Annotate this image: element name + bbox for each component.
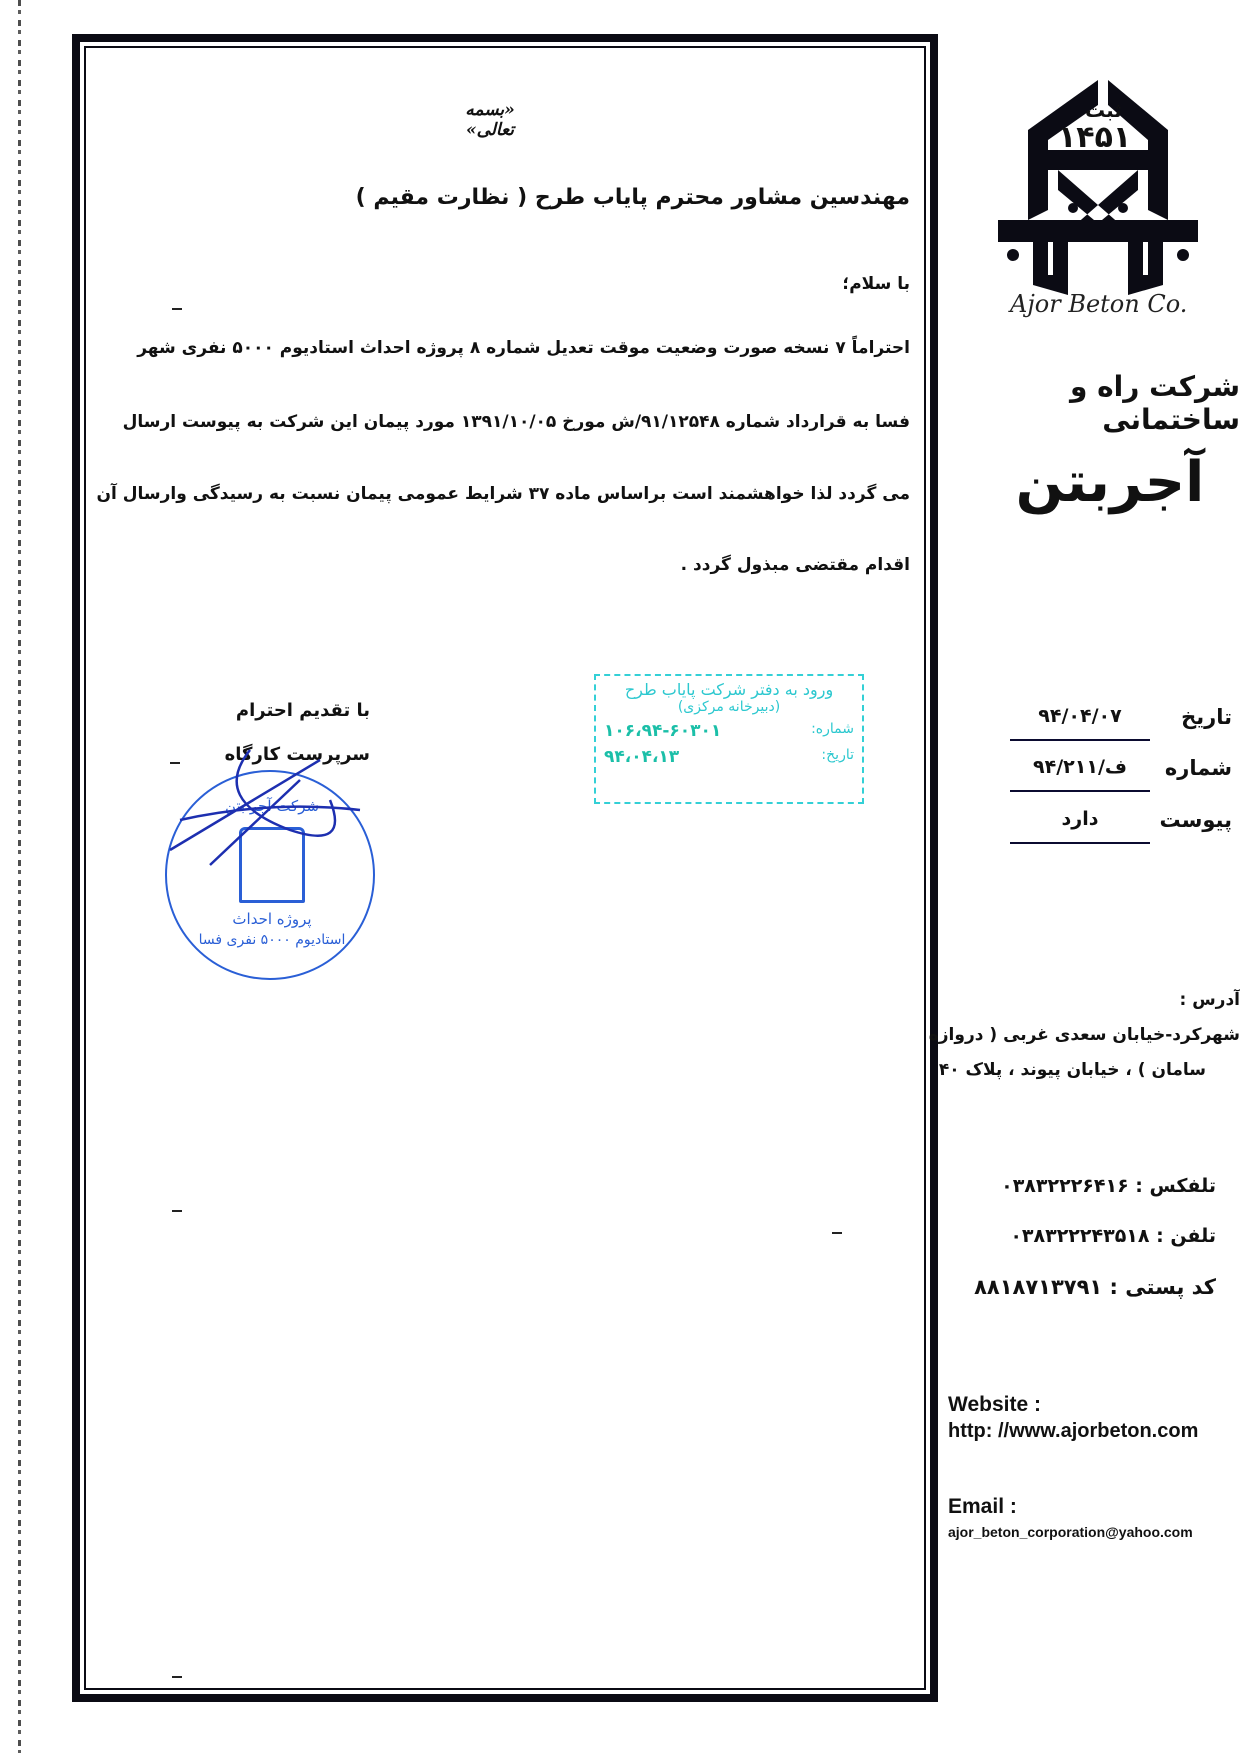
scan-speck [832,1232,842,1234]
body-line-2: فسا به قرارداد شماره ۹۱/۱۲۵۴۸/ش مورخ ۱۳۹… [110,412,910,432]
address-line-1: شهرکرد-خیابان سعدی غربی ( دروازه [929,1025,1240,1045]
website-link[interactable]: http: //www.ajorbeton.com [948,1420,1198,1443]
body-line-4: اقدام مقتضی مبذول گردد . [110,555,910,575]
seal-project-line-2: استادیوم ۵۰۰۰ نفری فسا [187,932,357,948]
meta-date-label: تاریخ [1181,705,1232,729]
receipt-stamp: ورود به دفتر شرکت پایاب طرح (دبیرخانه مر… [594,674,864,804]
greeting: با سلام؛ [842,274,910,294]
scan-speck [172,1210,182,1212]
closing-phrase: با تقدیم احترام [200,700,370,721]
scan-edge-artifact [18,0,21,1753]
receipt-date-value: ۹۴،۰۴،۱۳ [604,747,679,767]
receipt-date-label: تاریخ: [821,747,854,767]
website-label: Website : [948,1393,1041,1417]
company-type: شرکت راه و ساختمانی [940,370,1240,436]
scan-speck [172,1676,182,1678]
address-label: آدرس : [1179,990,1240,1010]
address-line-2: سامان ) ، خیابان پیوند ، پلاک ۴۰ [939,1060,1206,1080]
logo-registration-label: ثبت [1085,98,1122,122]
receipt-stamp-subtitle: (دبیرخانه مرکزی) [604,699,854,715]
email-link[interactable]: ajor_beton_corporation@yahoo.com [948,1524,1193,1540]
receipt-number-label: شماره: [811,721,854,741]
logo-script-text: Ajor Beton Co. [1010,290,1187,318]
invocation-heading: «بسمه تعالی» [440,100,540,140]
receipt-number-value: ۱۰۶،۹۴-۶۰۳۰۱ [604,721,721,741]
meta-number-value: ۹۴/ف/۲۱۱ [1010,756,1150,792]
seal-project-line-1: پروژه احداث [187,910,357,928]
meta-date-row: تاریخ ۹۴/۰۴/۰۷ [1000,705,1240,745]
receipt-date-row: تاریخ: ۹۴،۰۴،۱۳ [604,747,854,767]
logo-registration-number: ۱۴۵۱ [1058,120,1131,155]
telefax: تلفکس : ۰۳۸۳۲۲۲۶۴۱۶ [1001,1175,1216,1197]
signature-icon [150,740,380,880]
meta-date-value: ۹۴/۰۴/۰۷ [1010,705,1150,741]
receipt-number-row: شماره: ۱۰۶،۹۴-۶۰۳۰۱ [604,721,854,741]
body-line-3: می گردد لذا خواهشمند است براساس ماده ۳۷ … [110,484,910,504]
company-name: آجربتن [1010,450,1210,515]
meta-number-label: شماره [1165,756,1232,780]
addressee-line: مهندسین مشاور محترم پایاب طرح ( نظارت مق… [356,185,910,210]
phone: تلفن : ۰۳۸۳۲۲۲۴۳۵۱۸ [1010,1225,1216,1247]
postal-code: کد پستی : ۸۸۱۸۷۱۳۷۹۱ [974,1275,1216,1299]
scan-speck [172,308,182,310]
email-label: Email : [948,1495,1017,1519]
meta-number-row: شماره ۹۴/ف/۲۱۱ [1000,756,1240,796]
body-line-1: احتراماً ۷ نسخه صورت وضعیت موقت تعدیل شم… [110,338,910,358]
receipt-stamp-title: ورود به دفتر شرکت پایاب طرح [604,680,854,699]
scan-speck [170,762,180,764]
meta-attachment-value: دارد [1010,808,1150,844]
meta-attachment-row: پیوست دارد [1000,808,1240,848]
meta-attachment-label: پیوست [1159,808,1232,832]
